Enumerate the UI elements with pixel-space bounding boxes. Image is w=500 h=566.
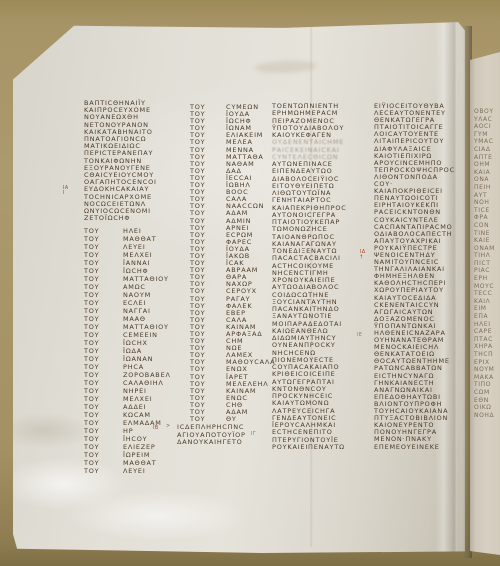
genealogy-row: ΤΟΥΜΕΛΧΕΙ	[84, 395, 171, 403]
genealogy-name: ΜΑΑΘ	[123, 315, 146, 323]
photo-backdrop: ΒΑΠΤΙϹΘΗΝΑΙΪΥΚΑΙΠΡΟϹΕΥΧΟΜΕΝΟΥΑΝΕΩΧΘΗΝΕΤΟ…	[0, 0, 500, 566]
manuscript-page: ΒΑΠΤΙϹΘΗΝΑΙΪΥΚΑΙΠΡΟϹΕΥΧΟΜΕΝΟΥΑΝΕΩΧΘΗΝΕΤΟ…	[13, 21, 465, 553]
genealogy-name: ΗΡ	[123, 427, 133, 435]
genealogy-tou-word: ΤΟΥ	[84, 379, 123, 387]
genealogy-tou-word: ΤΟΥ	[84, 339, 123, 347]
genealogy-row: ΤΟΥΪΩΑΝΑΝ	[84, 355, 171, 363]
genealogy-row: ΤΟΥΜΑΑΘ	[84, 315, 171, 323]
genealogy-tou-word: ΤΟΥ	[84, 307, 123, 315]
text-line: ΑΠΤΕ	[474, 154, 495, 162]
text-line: ϹΥΝΤΕΛΕϹΘΙϹΩΝ	[272, 154, 347, 161]
text-line: ΓΥΜ	[474, 131, 495, 139]
genealogy-row: ΤΟΥΑΔΔΕΙ	[84, 403, 171, 411]
genealogy-tou-word: ΤΟΥ	[84, 323, 123, 331]
genealogy-name: ΪΑΝΝΑΙ	[123, 259, 150, 267]
text-line: ΖΕΤΟΪΩϹΗΦ	[84, 215, 157, 222]
text-line: ΠΙϹΤ	[474, 260, 495, 268]
column-1-genealogy: ΤΟΥΗΛΕΙΤΟΥΜΑΘΘΑΤΤΟΥΛΕΥΕΙΤΟΥΜΕΛΧΕΙΤΟΥΪΑΝΝ…	[84, 227, 171, 475]
genealogy-name: ΚΩϹΑΜ	[123, 411, 151, 419]
genealogy-name: ϹΕΜΕΕΙΝ	[123, 331, 158, 339]
text-line: ϹΑΡΕ	[474, 328, 495, 336]
text-line: ΝΟΥΜ	[474, 366, 495, 374]
genealogy-name: ΝΑΟΥΜ	[123, 291, 151, 299]
text-line: ΕΘΝ	[474, 397, 495, 405]
section-number-rubric: ΙΕ	[357, 333, 362, 338]
genealogy-tou-word: ΤΟΥ	[84, 275, 123, 283]
genealogy-row: ΤΟΥΕϹΛΕΙ	[84, 299, 171, 307]
text-line: ΤΙΗΛ	[474, 252, 495, 260]
genealogy-row: ΤΟΥΕΛΙΕΖΕΡ	[84, 443, 171, 451]
genealogy-name: ΘΥ	[226, 415, 237, 423]
text-line: ΤΙΝΕ	[474, 230, 495, 238]
genealogy-tou-word: ΤΟΥ	[84, 299, 123, 307]
genealogy-row: ΤΟΥΡΗϹΑ	[84, 363, 171, 371]
genealogy-tou-word: ΤΟΥ	[84, 395, 123, 403]
genealogy-name: ΜΑΘΘΑΤ	[123, 235, 157, 243]
column-2-genealogy: ΤΟΥϹΥΜΕΩΝΤΟΥΪΟΥΔΑΤΟΥΪΩϹΗΦΤΟΥΪΩΝΑΜΤΟΥΕΛΙΑ…	[190, 104, 275, 423]
section-number-rubric: ΙΔ †	[360, 250, 366, 260]
section-number-rubric: ΙΒ	[153, 426, 159, 431]
genealogy-tou-word: ΤΟΥ	[84, 387, 123, 395]
genealogy-row: ΤΟΥΗΛΕΙ	[84, 227, 171, 235]
text-line: ΤΙϹΕ	[474, 207, 495, 215]
text-line: ΟΝΑΜ	[474, 245, 495, 253]
genealogy-name: ΝΗΡΕΙ	[123, 387, 147, 395]
text-line: ϹΟΝ	[474, 222, 495, 230]
genealogy-name: ΪΩΑΝΑΝ	[123, 355, 153, 363]
genealogy-tou-word: ΤΟΥ	[84, 411, 123, 419]
text-line: ΟΗΜ	[474, 161, 495, 169]
genealogy-name: ΡΗϹΑ	[123, 363, 144, 371]
text-line: ΚΑΙΛ	[474, 298, 495, 306]
text-line: ΕΠΕΜΕΟΥΕΙΝΕΚΕ	[374, 444, 455, 451]
genealogy-name: ΪΩϹΗΦ	[123, 267, 148, 275]
text-line: ΕΡΙΧ	[474, 359, 495, 367]
genealogy-name: ΝΑΓΓΑΙ	[123, 307, 151, 315]
genealogy-tou-word: ΤΟΥ	[84, 443, 123, 451]
column-1-prose: ΒΑΠΤΙϹΘΗΝΑΙΪΥΚΑΙΠΡΟϹΕΥΧΟΜΕΝΟΥΑΝΕΩΧΘΗΝΕΤΟ…	[84, 100, 157, 222]
column-4-prose: ΕΙΫΙΟϹΕΙΤΟΥΘΥΒΑΛΕϹΕΑΥΤΟΝΕΝΤΕΥΘΕΝΚΑΤΩΓΕΓΡ…	[374, 103, 455, 451]
genealogy-tou-word: ΤΟΥ	[84, 235, 123, 243]
text-line: ΥΜΑϹ	[474, 138, 495, 146]
coronis-mark: >	[166, 424, 171, 429]
text-line: ΤΗϹΠ	[474, 351, 495, 359]
genealogy-name: ΪΗϹΟΥ	[123, 435, 147, 443]
text-line: ΗΛΕΙ	[474, 321, 495, 329]
text-line: ΑΥΤ	[474, 192, 495, 200]
genealogy-row: ΤΟΥΜΑΤΤΑΘΙΟΥ	[84, 323, 171, 331]
text-line: ΥΛΑϹ	[474, 116, 495, 124]
text-line: ΜΑΚΑ	[474, 374, 495, 382]
genealogy-tou-word: ΤΟΥ	[84, 363, 123, 371]
genealogy-name: ϹΑΛΑΘΙΗΛ	[123, 379, 164, 387]
genealogy-name: ΪΩϹΗΧ	[123, 339, 148, 347]
text-line: ΚΑΙΑ	[474, 169, 495, 177]
text-line: ΜΟΥϹ	[474, 283, 495, 291]
genealogy-name: ΛΕΥΕΙ	[123, 467, 146, 475]
genealogy-row: ΤΟΥΜΑΘΘΑΤ	[84, 235, 171, 243]
genealogy-row: ΤΟΥΜΑΤΤΑΘΙΟΥ	[84, 275, 171, 283]
text-line: ΕΠΑ	[474, 313, 495, 321]
genealogy-row: ΤΟΥΛΕΥΕΙ	[84, 467, 171, 475]
genealogy-row: ΤΟΥϹΕΜΕΕΙΝ	[84, 331, 171, 339]
genealogy-name: ΪΩΔΑ	[123, 347, 142, 355]
genealogy-tou-word: ΤΟΥ	[84, 227, 123, 235]
text-line: ΡΟΥΚΑΙΕΙΠΕΝΑΥΤΩ	[272, 444, 347, 451]
genealogy-tou-word: ΤΟΥ	[84, 267, 123, 275]
genealogy-row: ΤΟΥΪΑΝΝΑΙ	[84, 259, 171, 267]
text-line: ϹΙΑΔ	[474, 146, 495, 154]
genealogy-row: ΤΟΥΝΑΓΓΑΙ	[84, 307, 171, 315]
genealogy-name: ΑΔΔΕΙ	[123, 403, 146, 411]
genealogy-row: ΤΟΥΪΩϹΗΦ	[84, 267, 171, 275]
genealogy-tou-word: ΤΟΥ	[84, 259, 123, 267]
erased-mark	[255, 60, 317, 74]
text-line: ΧΗΡΑ	[474, 343, 495, 351]
text-line: ΦΡΑ	[474, 214, 495, 222]
genealogy-tou-word: ΤΟΥ	[84, 371, 123, 379]
next-page-edge: ΟΒΟΥΥΛΑϹΑΟϹΙΓΥΜΥΜΑϹϹΙΑΔΑΠΤΕΟΗΜΚΑΙΑΟΝΑΠΕΙ…	[470, 52, 500, 555]
genealogy-tou-word: ΤΟΥ	[84, 251, 123, 259]
text-line: ΔΑΝΟΥΚΑΙΗΓΕΤΟ	[177, 439, 246, 447]
section-number-rubric: ΙΑ Ι	[63, 186, 69, 196]
text-line: ΕΙΜ	[474, 305, 495, 313]
genealogy-row: ΤΟΥΜΕΛΧΕΙ	[84, 251, 171, 259]
genealogy-tou-word: ΤΟΥ	[84, 243, 123, 251]
section-number-rubric: ΙΓ	[251, 432, 256, 437]
genealogy-name: ΑΜΩϹ	[123, 283, 146, 291]
text-line: ΡΙΑϹ	[474, 267, 495, 275]
text-line: ΝΟΗΔ	[474, 412, 495, 420]
genealogy-name: ΜΕΛΧΕΙ	[123, 251, 152, 259]
genealogy-tou-word: ΤΟΥ	[84, 467, 123, 475]
genealogy-name: ΗΛΕΙ	[123, 227, 142, 235]
genealogy-name: ΛΕΥΕΙ	[123, 243, 146, 251]
text-line: ΤΙΠΟ	[474, 381, 495, 389]
text-line: ϹΩΜ	[474, 389, 495, 397]
genealogy-row: ΤΟΥΑΜΩϹ	[84, 283, 171, 291]
genealogy-row: ΤΟΥΪΩΔΑ	[84, 347, 171, 355]
genealogy-tou-word: ΤΟΥ	[84, 451, 123, 459]
genealogy-tou-word: ΤΟΥ	[84, 419, 123, 427]
text-line: ΕΡΗ	[474, 275, 495, 283]
genealogy-row: ΤΟΥΪΩΡΕΙΜ	[84, 451, 171, 459]
text-line: ΟΒΟΥ	[474, 108, 495, 116]
genealogy-tou-word: ΤΟΥ	[84, 459, 123, 467]
text-line: ΤΕϹϹ	[474, 290, 495, 298]
text-line: ΠΕΙΗ	[474, 184, 495, 192]
genealogy-row: ΤΟΥΪΗϹΟΥ	[84, 435, 171, 443]
text-line: ΟΙΚΩ	[474, 404, 495, 412]
genealogy-row: ΤΟΥΪΩϹΗΧ	[84, 339, 171, 347]
column-3-prose: ΤΟΕΝΤΩΠΝΙΕΝΤΗΕΡΗΜΩΗΜΕΡΑϹΜΠΕΙΡΑΖΟΜΕΝΟϹΫΠΟ…	[272, 103, 347, 451]
text-line: ΟΝΑ	[474, 176, 495, 184]
column-2-prose: ΙϹΔΕΠΛΗΡΗϹΠΝϹΑΓΙΟΥΑΠΟΤΟΥΪΟΡΔΑΝΟΥΚΑΙΗΓΕΤΟ	[177, 424, 246, 447]
genealogy-tou-word: ΤΟΥ	[84, 435, 123, 443]
text-line: ΑΟϹΙ	[474, 123, 495, 131]
genealogy-name: ΜΑΤΤΑΘΙΟΥ	[123, 323, 169, 331]
genealogy-name: ΪΩΡΕΙΜ	[123, 451, 150, 459]
genealogy-name: ΕΛΙΕΖΕΡ	[123, 443, 156, 451]
genealogy-row: ΤΟΥϹΑΛΑΘΙΗΛ	[84, 379, 171, 387]
genealogy-tou-word: ΤΟΥ	[84, 355, 123, 363]
genealogy-tou-word: ΤΟΥ	[84, 291, 123, 299]
genealogy-tou-word: ΤΟΥ	[84, 347, 123, 355]
genealogy-row: ΤΟΥΚΩϹΑΜ	[84, 411, 171, 419]
genealogy-row: ΤΟΥΝΗΡΕΙ	[84, 387, 171, 395]
genealogy-tou-word: ΤΟΥ	[84, 315, 123, 323]
genealogy-row: ΤΟΥΛΕΥΕΙ	[84, 243, 171, 251]
genealogy-row: ΤΟΥΖΟΡΟΒΑΒΕΛ	[84, 371, 171, 379]
genealogy-row: ΤΟΥΝΑΟΥΜ	[84, 291, 171, 299]
text-line: ΠΤΑϹ	[474, 336, 495, 344]
genealogy-name: ΕϹΛΕΙ	[123, 299, 146, 307]
genealogy-row: ΤΟΥΜΑΘΘΑΤ	[84, 459, 171, 467]
text-line: ΚΑΙΕ	[474, 237, 495, 245]
genealogy-tou-word: ΤΟΥ	[84, 427, 123, 435]
genealogy-tou-word: ΤΟΥ	[84, 283, 123, 291]
genealogy-name: ΜΕΛΧΕΙ	[123, 395, 152, 403]
next-page-text-fragments: ΟΒΟΥΥΛΑϹΑΟϹΙΓΥΜΥΜΑϹϹΙΑΔΑΠΤΕΟΗΜΚΑΙΑΟΝΑΠΕΙ…	[474, 108, 495, 419]
genealogy-tou-word: ΤΟΥ	[84, 403, 123, 411]
genealogy-name: ΜΑΘΘΑΤ	[123, 459, 157, 467]
text-line: ΝΟΗ	[474, 199, 495, 207]
genealogy-tou-word: ΤΟΥ	[84, 331, 123, 339]
genealogy-name: ΖΟΡΟΒΑΒΕΛ	[123, 371, 171, 379]
genealogy-name: ΜΑΤΤΑΘΙΟΥ	[123, 275, 169, 283]
